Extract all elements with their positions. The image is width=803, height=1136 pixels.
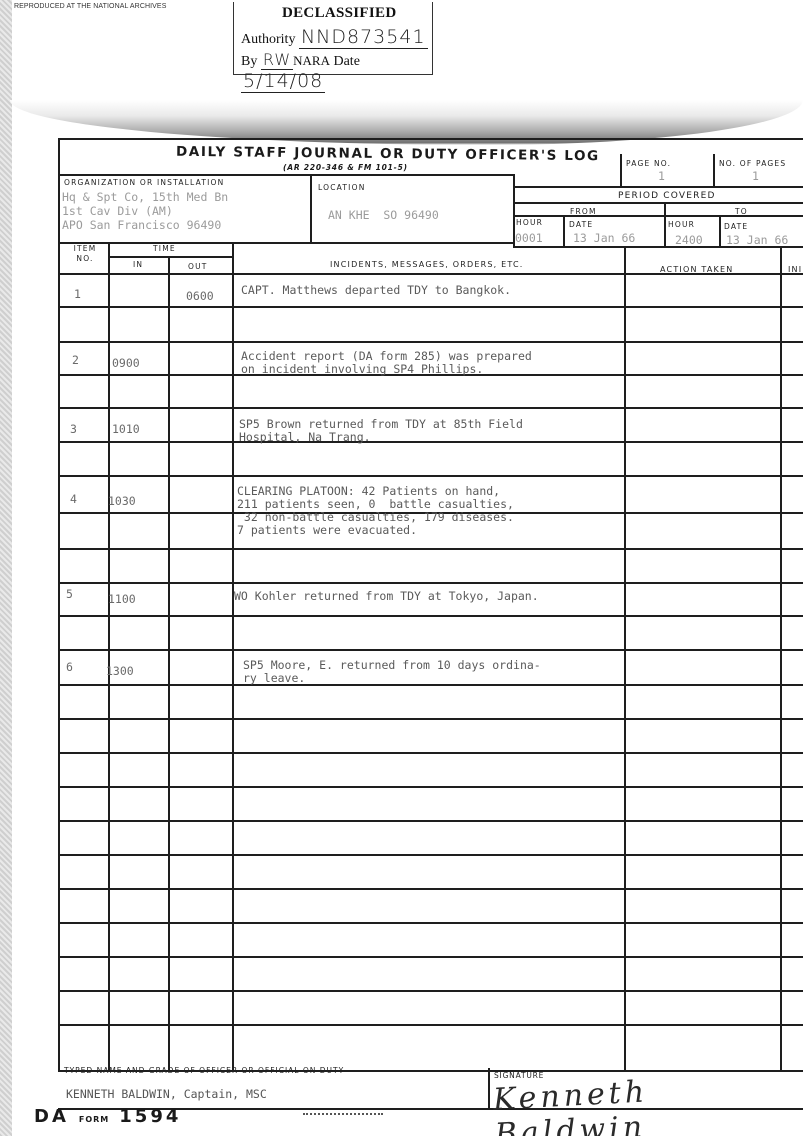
from-hour-label: HOUR: [516, 218, 543, 227]
declass-by: By RWNARA Date 5/14/08: [241, 50, 432, 92]
entry-item: 2: [72, 354, 79, 367]
from-hour-value: 0001: [515, 232, 543, 245]
entry-item: 6: [66, 661, 73, 674]
authority-value: NND873541: [299, 26, 428, 49]
row-line: [58, 475, 803, 477]
divider: [664, 202, 666, 246]
entry-item: 3: [70, 423, 77, 436]
col-out: OUT: [188, 262, 208, 271]
col-incidents: INCIDENTS, MESSAGES, ORDERS, ETC.: [330, 260, 524, 269]
divider: [310, 174, 312, 242]
entry-text: SP5 Moore, E. returned from 10 days ordi…: [243, 659, 541, 685]
entry-item: 4: [70, 493, 77, 506]
form-title: DAILY STAFF JOURNAL OR DUTY OFFICER'S LO…: [176, 144, 600, 164]
col-divider-incidents: [624, 246, 626, 1072]
row-line: [58, 888, 803, 890]
officer-value: KENNETH BALDWIN, Captain, MSC: [66, 1088, 267, 1101]
to-date-label: DATE: [724, 222, 748, 231]
frame-top: [58, 138, 803, 140]
page-no-value: 1: [658, 170, 665, 183]
row-line: [58, 956, 803, 958]
signature-label: SIGNATURE: [494, 1071, 544, 1080]
row-line: [58, 582, 803, 584]
entry-text: Accident report (DA form 285) was prepar…: [241, 350, 532, 376]
col-divider-action: [780, 246, 782, 1072]
divider: [108, 256, 232, 258]
entry-in: 1100: [108, 593, 136, 606]
officer-label: TYPED NAME AND GRADE OF OFFICER OR OFFIC…: [64, 1066, 344, 1075]
authority-label: Authority: [241, 32, 295, 47]
frame-left: [58, 138, 60, 1070]
period-covered-label: PERIOD COVERED: [618, 191, 716, 201]
row-line: [58, 922, 803, 924]
divider: [719, 215, 721, 246]
entry-out: 0600: [186, 290, 214, 303]
col-item-no: ITEM NO.: [66, 244, 104, 264]
entry-text: WO Kohler returned from TDY at Tokyo, Ja…: [234, 590, 539, 603]
col-divider-out: [232, 242, 234, 1072]
divider: [513, 202, 803, 204]
entry-text: SP5 Brown returned from TDY at 85th Fiel…: [239, 418, 523, 444]
form-number: DAFORM1594: [34, 1106, 181, 1127]
page-no-label: PAGE NO.: [626, 159, 671, 168]
organization-line-2: 1st Cav Div (AM): [62, 205, 173, 218]
form-subtitle: (AR 220-346 & FM 101-5): [283, 163, 408, 172]
from-date-value: 13 Jan 66: [573, 232, 635, 245]
divider: [563, 215, 565, 246]
row-line: [58, 820, 803, 822]
entry-in: 1030: [108, 495, 136, 508]
row-line: [58, 1024, 803, 1026]
organization-line-1: Hq & Spt Co, 15th Med Bn: [62, 191, 228, 204]
form-prefix: DA: [34, 1106, 69, 1127]
organization-line-3: APO San Francisco 96490: [62, 219, 221, 232]
from-date-label: DATE: [569, 220, 593, 229]
row-line: [58, 273, 803, 275]
divider: [58, 174, 513, 176]
col-time: TIME: [153, 244, 176, 253]
entry-text: CAPT. Matthews departed TDY to Bangkok.: [241, 284, 511, 297]
by-label: By: [241, 54, 257, 69]
declass-authority: Authority NND873541: [241, 26, 428, 48]
divider: [513, 215, 803, 217]
row-line: [58, 718, 803, 720]
location-value: AN KHE SO 96490: [328, 209, 439, 222]
entry-item: 5: [66, 588, 73, 601]
form-word: FORM: [79, 1115, 109, 1124]
divider: [58, 242, 513, 244]
row-line: [58, 990, 803, 992]
by-initials: RW: [261, 50, 293, 70]
col-in: IN: [133, 260, 143, 269]
divider: [513, 246, 803, 248]
row-line: [58, 752, 803, 754]
row-line: [58, 548, 803, 550]
agency: NARA: [293, 53, 330, 68]
divider: [513, 186, 803, 188]
row-line: [58, 649, 803, 651]
date-label: Date: [333, 54, 359, 69]
row-line: [58, 341, 803, 343]
scan-edge: [0, 0, 12, 1136]
location-label: LOCATION: [318, 183, 366, 192]
entry-in: 1300: [106, 665, 134, 678]
col-divider-item: [108, 242, 110, 1072]
no-of-pages-label: NO. OF PAGES: [719, 159, 786, 168]
declass-title: DECLASSIFIED: [282, 5, 396, 22]
row-line: [58, 407, 803, 409]
divider: [620, 154, 622, 186]
col-divider-in: [168, 256, 170, 1072]
divider: [488, 1068, 490, 1108]
entry-text: CLEARING PLATOON: 42 Patients on hand, 2…: [237, 485, 514, 537]
declassification-stamp: DECLASSIFIED Authority NND873541 By RWNA…: [233, 2, 433, 75]
organization-label: ORGANIZATION OR INSTALLATION: [64, 178, 224, 187]
previous-edition-note: [303, 1113, 383, 1118]
entry-item: 1: [74, 288, 81, 301]
row-line: [58, 615, 803, 617]
declass-date: 5/14/08: [241, 70, 325, 93]
duty-log-form: DAILY STAFF JOURNAL OR DUTY OFFICER'S LO…: [38, 138, 803, 1113]
entry-in: 1010: [112, 423, 140, 436]
archives-note: REPRODUCED AT THE NATIONAL ARCHIVES: [14, 3, 166, 10]
no-of-pages-value: 1: [752, 170, 759, 183]
form-id: 1594: [119, 1106, 181, 1127]
to-hour-label: HOUR: [668, 220, 695, 229]
row-line: [58, 306, 803, 308]
row-line: [58, 854, 803, 856]
entry-in: 0900: [112, 357, 140, 370]
divider: [713, 154, 715, 186]
row-line: [58, 786, 803, 788]
